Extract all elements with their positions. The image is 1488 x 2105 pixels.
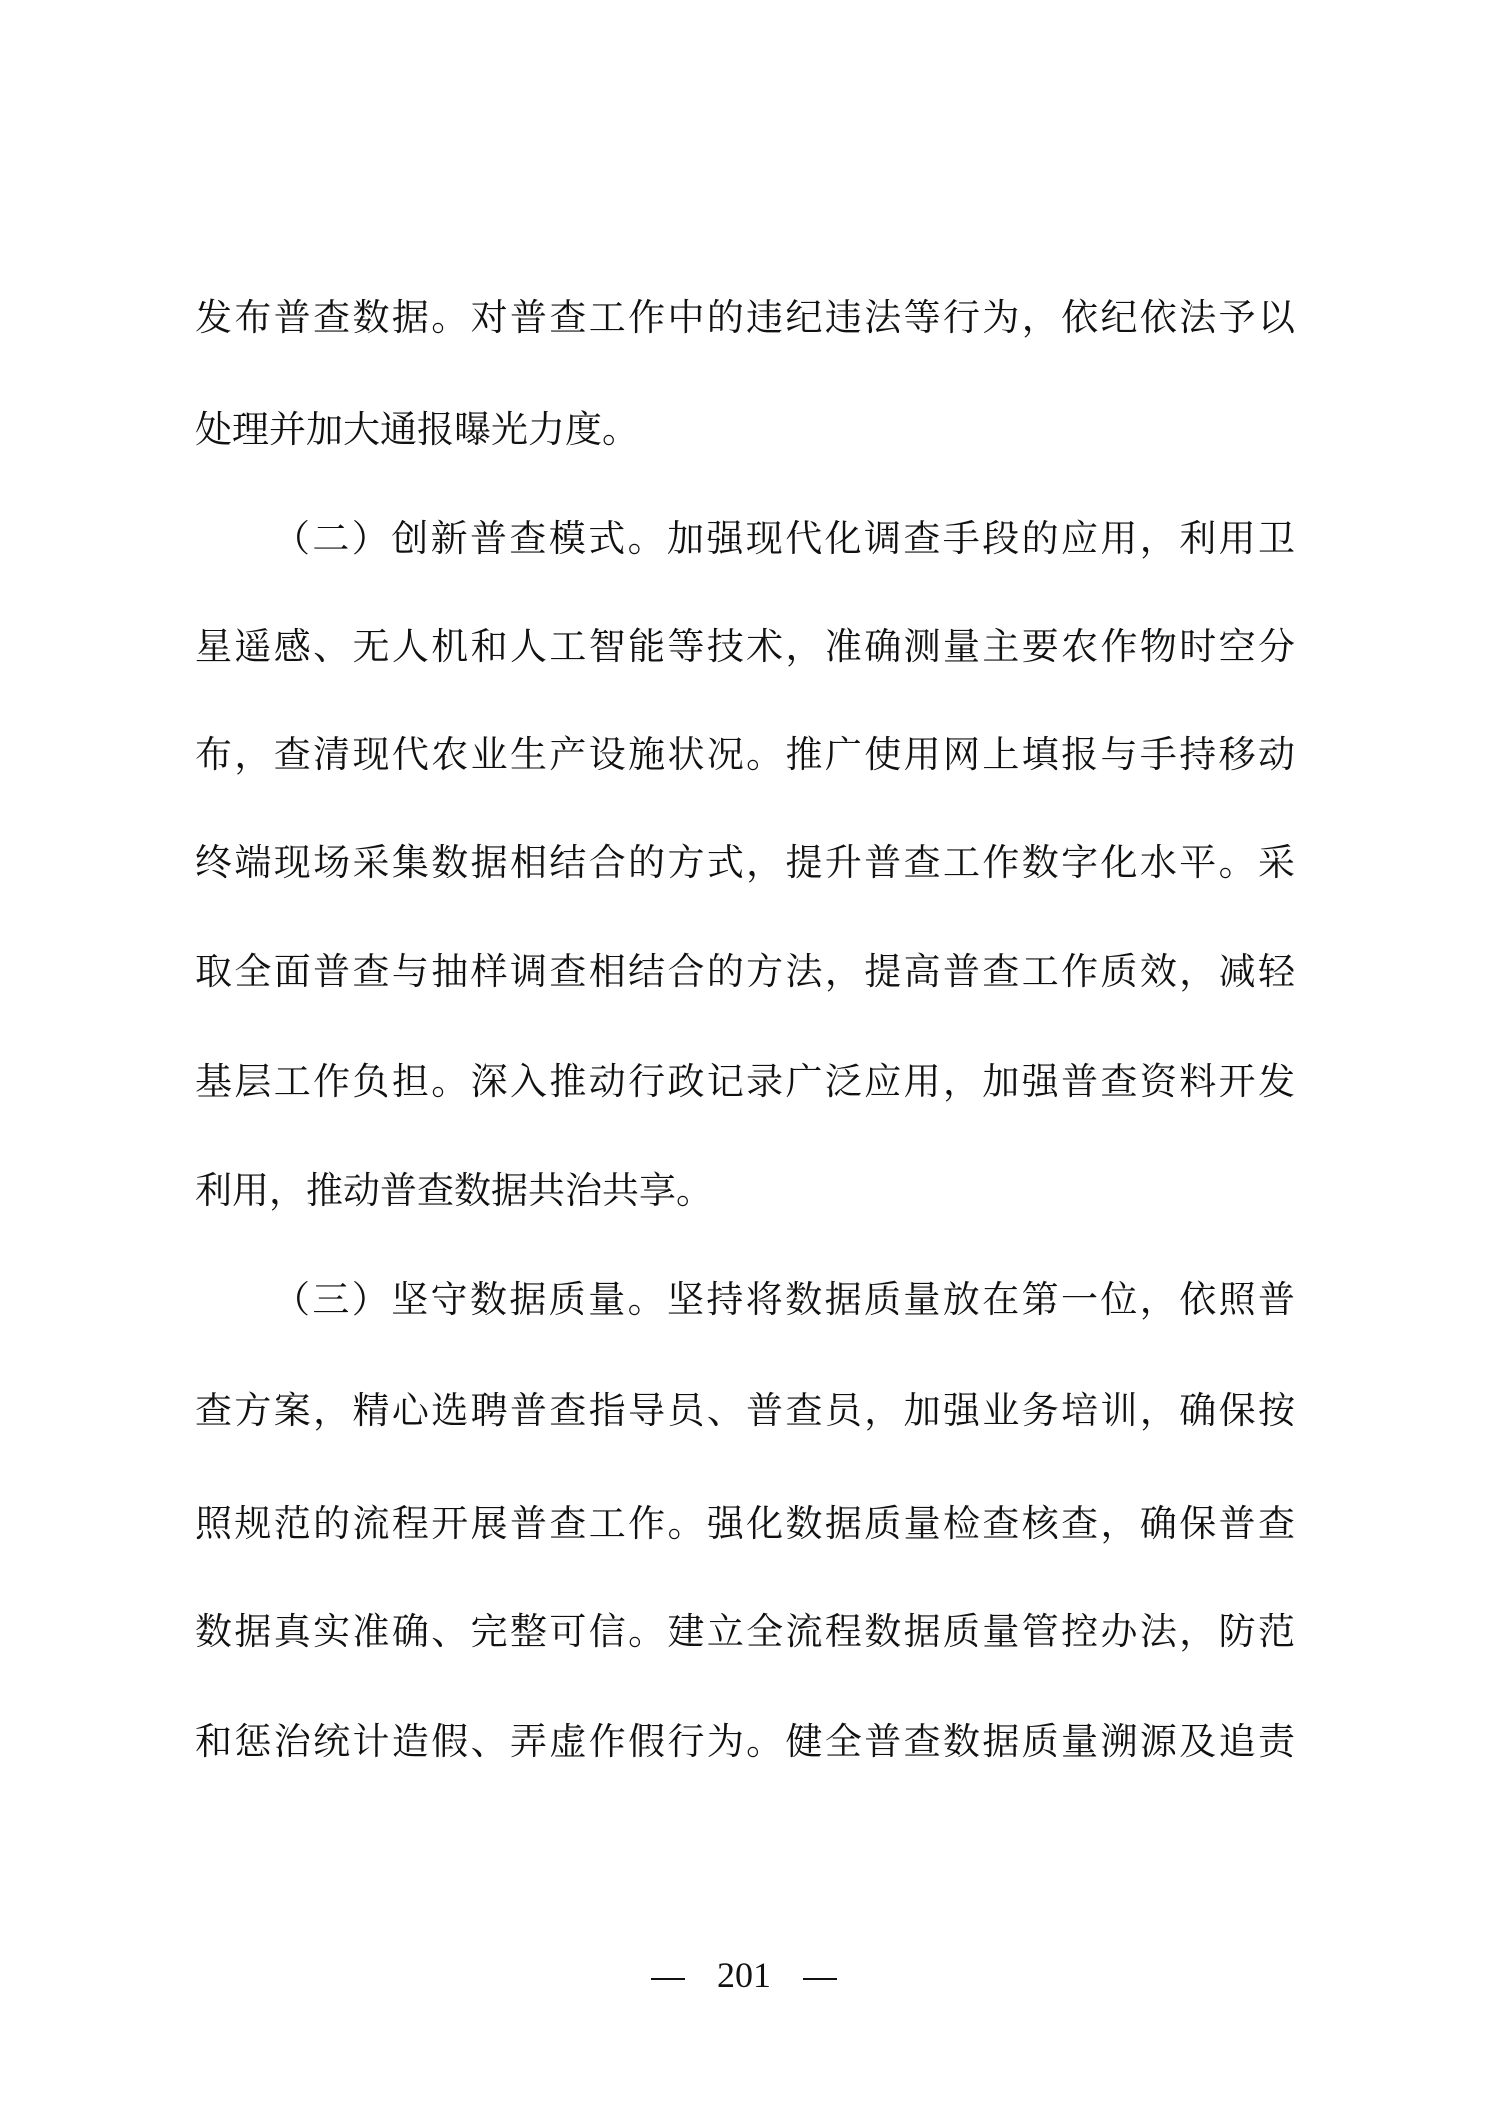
text-line: 星遥感、无人机和人工智能等技术，准确测量主要农作物时空分 bbox=[195, 622, 1295, 672]
text-line: 查方案，精心选聘普查指导员、普查员，加强业务培训，确保按 bbox=[195, 1386, 1295, 1436]
left-dash bbox=[651, 1978, 685, 1980]
page-number-footer: 201 bbox=[0, 1950, 1488, 2000]
right-dash bbox=[803, 1978, 837, 1980]
text-line: 和惩治统计造假、弄虚作假行为。健全普查数据质量溯源及追责 bbox=[195, 1717, 1295, 1767]
text-line: （三）坚守数据质量。坚持将数据质量放在第一位，依照普 bbox=[273, 1275, 1295, 1325]
text-line: 终端现场采集数据相结合的方式，提升普查工作数字化水平。采 bbox=[195, 838, 1295, 888]
text-line: 处理并加大通报曝光力度。 bbox=[195, 405, 1295, 455]
text-line: 数据真实准确、完整可信。建立全流程数据质量管控办法，防范 bbox=[195, 1607, 1295, 1657]
text-line: 布，查清现代农业生产设施状况。推广使用网上填报与手持移动 bbox=[195, 730, 1295, 780]
text-line: 基层工作负担。深入推动行政记录广泛应用，加强普查资料开发 bbox=[195, 1057, 1295, 1107]
page-number: 201 bbox=[717, 1950, 771, 2000]
text-line: 利用，推动普查数据共治共享。 bbox=[195, 1166, 1295, 1216]
text-line: 照规范的流程开展普查工作。强化数据质量检查核查，确保普查 bbox=[195, 1499, 1295, 1549]
document-page: 发布普查数据。对普查工作中的违纪违法等行为，依纪依法予以 处理并加大通报曝光力度… bbox=[0, 0, 1488, 2105]
text-line: 取全面普查与抽样调查相结合的方法，提高普查工作质效，减轻 bbox=[195, 947, 1295, 997]
text-line: （二）创新普查模式。加强现代化调查手段的应用，利用卫 bbox=[273, 514, 1295, 564]
text-line: 发布普查数据。对普查工作中的违纪违法等行为，依纪依法予以 bbox=[195, 293, 1295, 343]
